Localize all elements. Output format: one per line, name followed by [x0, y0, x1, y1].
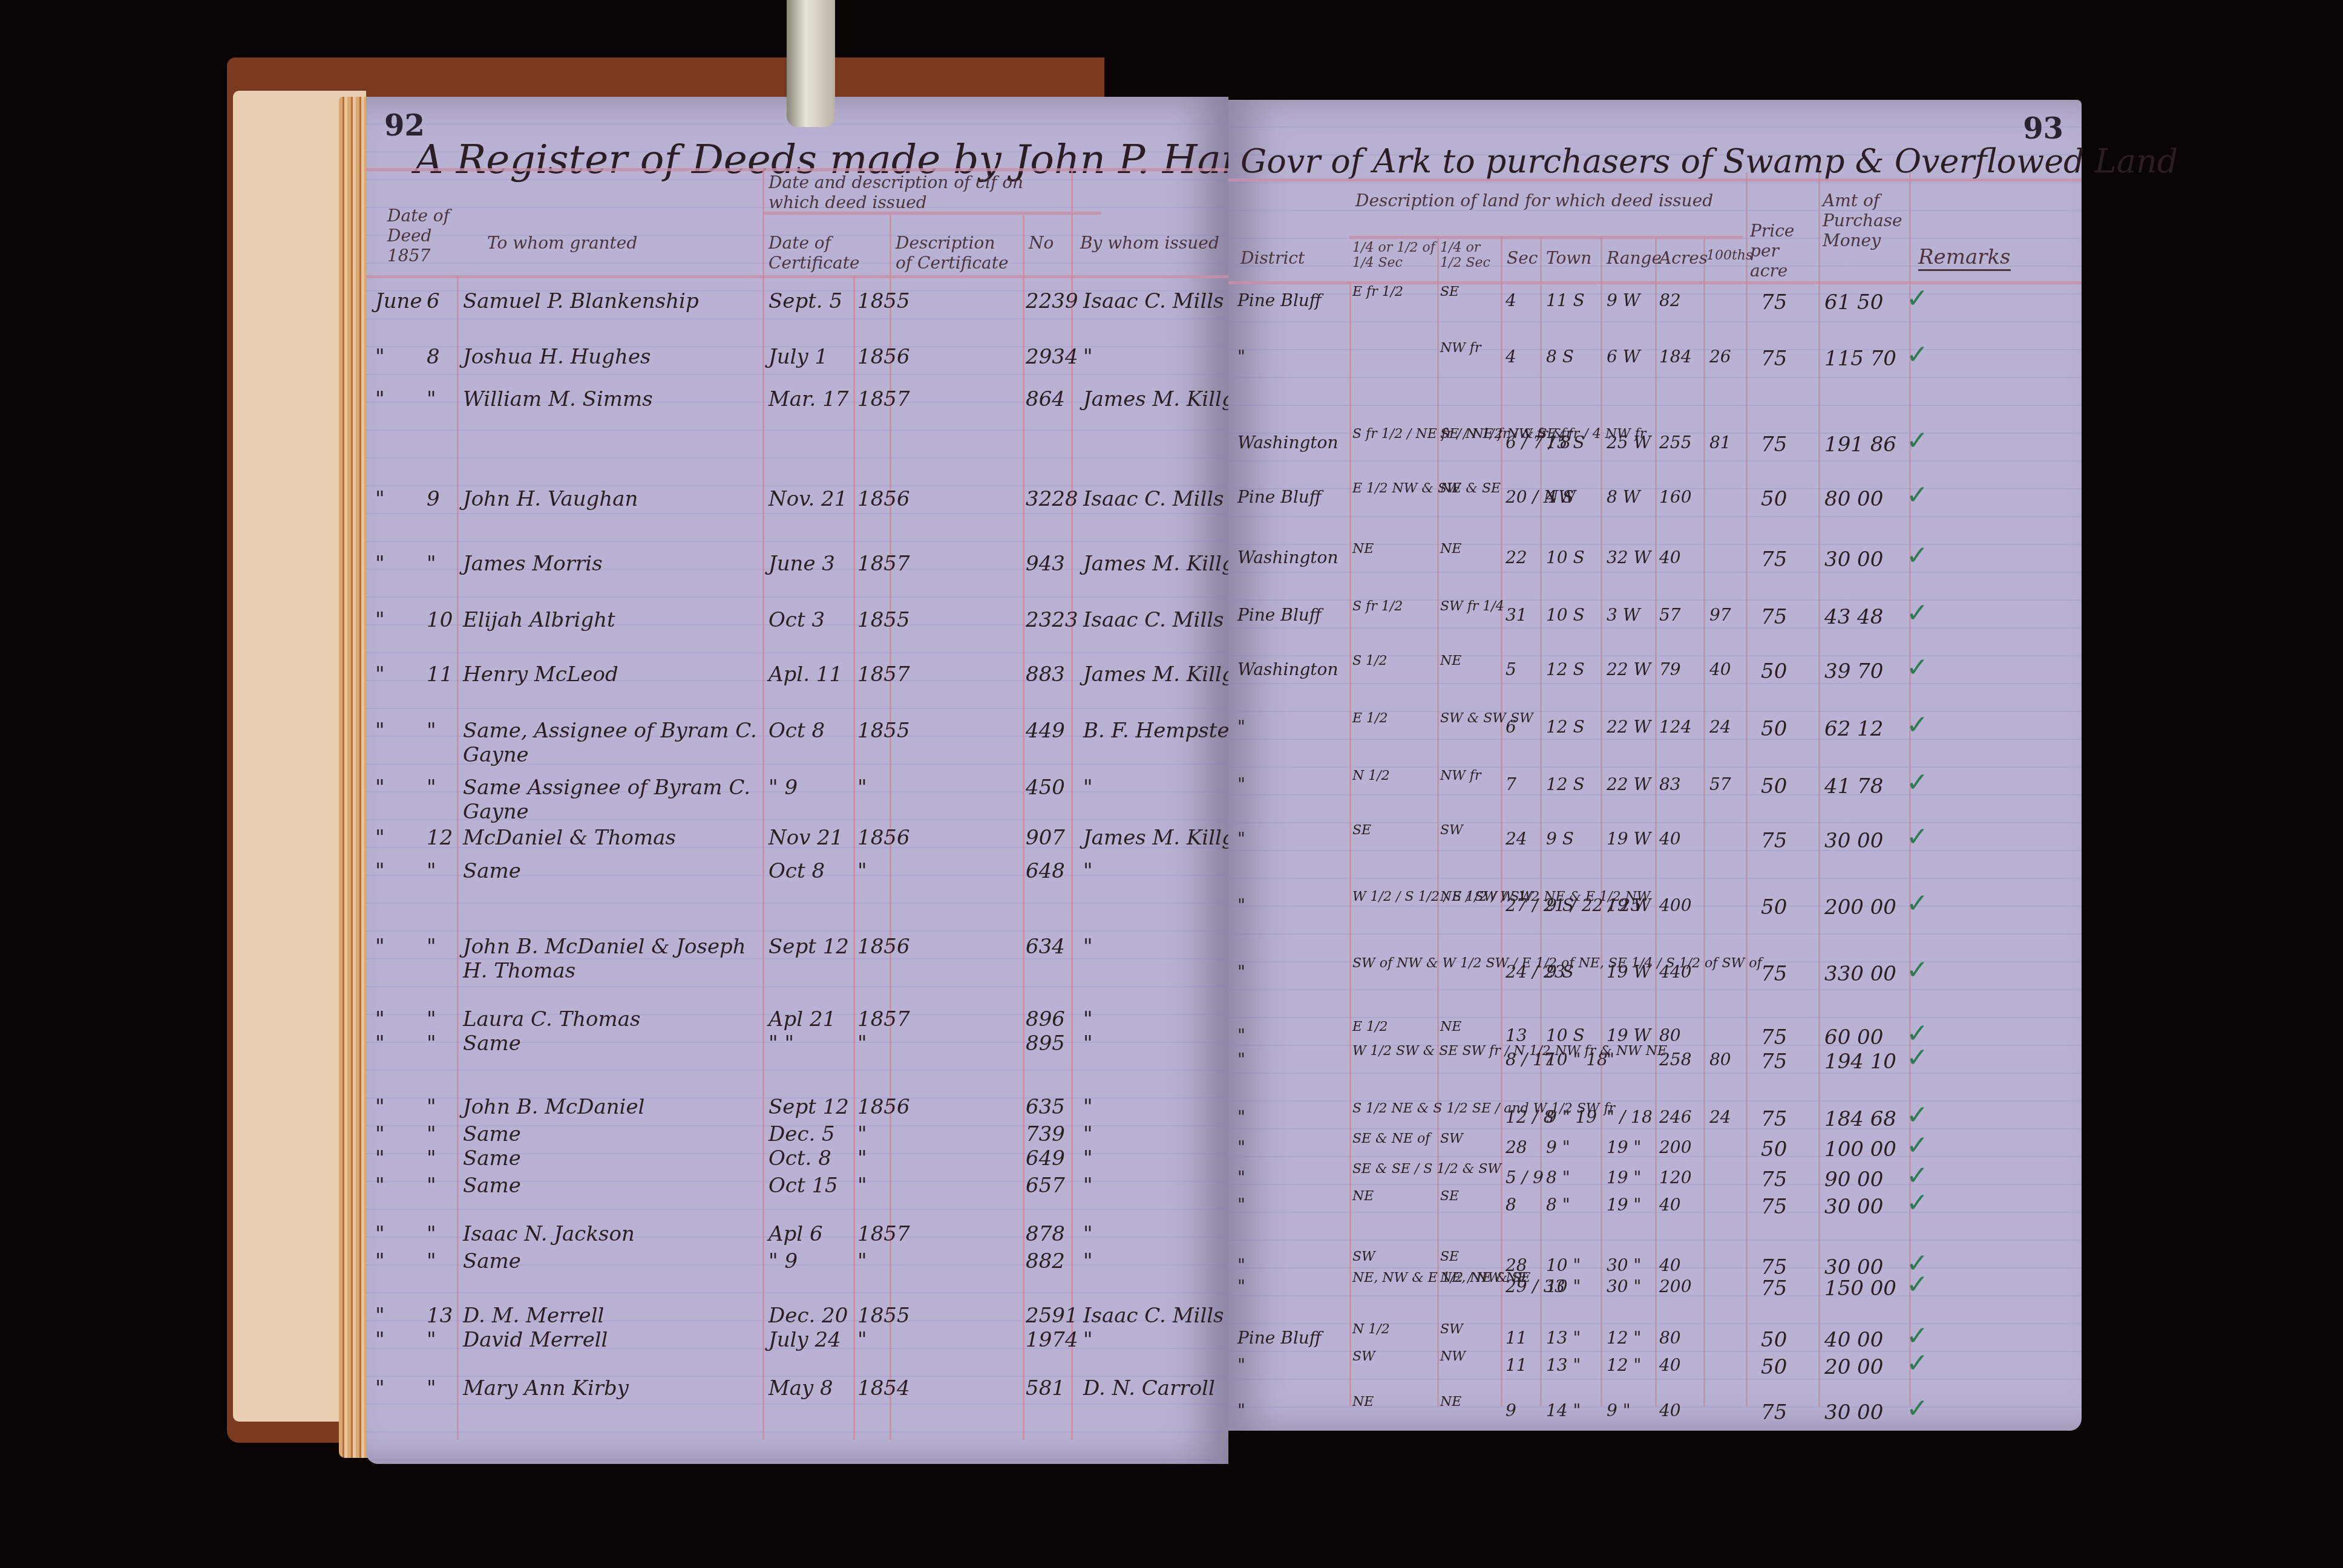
section: 4 [1506, 290, 1516, 310]
township: 10 " [1546, 1255, 1581, 1275]
certificate-date: Sept. 5 [768, 289, 842, 313]
township: 10 " [1546, 1276, 1581, 1296]
checkmark-icon: ✓ [1906, 822, 1928, 852]
land-quarter: NW fr [1440, 768, 1481, 784]
acres: 200 [1659, 1137, 1691, 1157]
land-part: E fr 1/2 [1352, 284, 1403, 300]
certificate-number: 634 [1026, 935, 1065, 959]
price-per-acre: 75 [1761, 829, 1787, 853]
price-per-acre: 75 [1761, 1195, 1787, 1219]
district: " [1237, 774, 1245, 794]
acres-hundredths: 24 [1709, 1107, 1731, 1127]
acres: 400 [1659, 895, 1691, 915]
certificate-year: 1857 [857, 387, 910, 411]
certificate-year: 1854 [857, 1376, 910, 1400]
district: Washington [1237, 433, 1339, 452]
certificate-date: July 1 [768, 345, 828, 369]
range: 22 W [1607, 774, 1651, 794]
land-quarter: NW [1440, 1349, 1466, 1365]
district: " [1237, 1107, 1245, 1127]
district: " [1237, 1025, 1245, 1045]
purchase-amount: 62 12 [1824, 717, 1883, 741]
township: 8 S [1546, 347, 1574, 367]
range: 22 W [1607, 659, 1651, 679]
deed-day: " [427, 1031, 436, 1056]
township: 14 " [1546, 1400, 1581, 1420]
range: 30 " [1607, 1276, 1641, 1296]
acres: 255 [1659, 433, 1691, 452]
range: 19 W [1607, 962, 1651, 982]
deed-day: " [427, 552, 436, 576]
section: 13 [1506, 1025, 1527, 1045]
checkmark-icon: ✓ [1906, 888, 1928, 919]
header-group: Description of land for which deed issue… [1355, 191, 1743, 211]
certificate-year: " [857, 1146, 867, 1171]
issuer-name: " [1083, 1222, 1093, 1246]
deed-month: " [375, 1095, 385, 1119]
deed-month: " [375, 1174, 385, 1198]
deed-month: " [375, 826, 385, 850]
district: " [1237, 717, 1245, 737]
price-per-acre: 75 [1761, 962, 1787, 986]
checkmark-icon: ✓ [1906, 1393, 1928, 1424]
metal-clip [787, 0, 835, 127]
col-divider [762, 169, 764, 1440]
township: 12 S [1546, 659, 1585, 679]
deed-month: " [375, 719, 385, 743]
range: 22 W [1607, 717, 1651, 737]
issuer-name: " [1083, 1095, 1093, 1119]
township: 15 S [1546, 433, 1585, 452]
deed-month: " [375, 935, 385, 959]
header-to-whom-granted: To whom granted [487, 233, 637, 253]
district: " [1237, 1276, 1245, 1296]
acres: 124 [1659, 717, 1691, 737]
certificate-date: Nov. 21 [768, 487, 847, 511]
certificate-year: 1855 [857, 289, 910, 313]
range: 25 W [1607, 433, 1651, 452]
certificate-year: " [857, 859, 867, 883]
purchase-amount: 41 78 [1824, 774, 1883, 799]
land-part: SW [1352, 1349, 1375, 1365]
issuer-name: " [1083, 1031, 1093, 1056]
range: 19 W [1607, 895, 1651, 915]
issuer-name: Isaac C. Mills [1083, 1304, 1224, 1328]
issuer-name: " [1083, 1328, 1093, 1352]
purchase-amount: 90 00 [1824, 1168, 1883, 1192]
acres-hundredths: 26 [1709, 347, 1731, 367]
price-per-acre: 75 [1761, 547, 1787, 572]
township: 4 S [1546, 487, 1574, 507]
acres-hundredths: 81 [1709, 433, 1731, 452]
certificate-date: Oct 8 [768, 719, 825, 743]
acres: 160 [1659, 487, 1691, 507]
grantee-name: John B. McDaniel & Joseph H. Thomas [463, 935, 759, 983]
price-per-acre: 75 [1761, 290, 1787, 315]
certificate-year: 1856 [857, 1095, 910, 1119]
certificate-date: " " [768, 1031, 794, 1056]
deed-day: " [427, 1249, 436, 1273]
issuer-name: " [1083, 1174, 1093, 1198]
certificate-date: " 9 [768, 776, 798, 800]
acres-hundredths: 80 [1709, 1050, 1731, 1070]
certificate-number: 649 [1026, 1146, 1065, 1171]
deed-month: " [375, 1031, 385, 1056]
checkmark-icon: ✓ [1906, 1269, 1928, 1300]
certificate-year: 1855 [857, 608, 910, 632]
purchase-amount: 194 10 [1824, 1050, 1896, 1074]
checkmark-icon: ✓ [1906, 1187, 1928, 1218]
header-sec: Sec [1507, 248, 1538, 268]
issuer-name: Isaac C. Mills [1083, 289, 1224, 313]
land-quarter: SE [1440, 1249, 1459, 1265]
township: 10 S [1546, 1025, 1585, 1045]
certificate-number: 2239 [1026, 289, 1078, 313]
land-quarter: NE [1440, 1394, 1461, 1410]
price-per-acre: 50 [1761, 895, 1787, 920]
grantee-name: D. M. Merrell [463, 1304, 759, 1328]
deed-month: " [375, 859, 385, 883]
section: 6 [1506, 717, 1516, 737]
district: " [1237, 829, 1245, 849]
district: Pine Bluff [1237, 290, 1322, 310]
certificate-number: 2591 [1026, 1304, 1078, 1328]
deed-day: 10 [427, 608, 453, 632]
right-page: 93 Govr of Ark to purchasers of Swamp & … [1228, 100, 2082, 1431]
certificate-date: June 3 [768, 552, 835, 576]
land-part: E 1/2 [1352, 1019, 1388, 1035]
deed-month: " [375, 608, 385, 632]
certificate-number: 3228 [1026, 487, 1078, 511]
range: " [1607, 1050, 1614, 1070]
acres: 184 [1659, 347, 1691, 367]
price-per-acre: 75 [1761, 1400, 1787, 1425]
title-rule [1228, 178, 2082, 181]
col-divider [1703, 236, 1705, 1406]
header-amount: Amt of Purchase Money [1823, 191, 1907, 250]
district: " [1237, 1255, 1245, 1275]
issuer-name: " [1083, 1007, 1093, 1031]
certificate-year: " [857, 1031, 867, 1056]
deed-day: " [427, 1376, 436, 1400]
township: 12 S [1546, 774, 1585, 794]
township: 13 " [1546, 1355, 1581, 1375]
header-quarter: 1/4 or 1/2 Sec [1440, 240, 1498, 270]
checkmark-icon: ✓ [1906, 1100, 1928, 1131]
section: 28 [1506, 1137, 1527, 1157]
certificate-date: Nov 21 [768, 826, 844, 850]
grantee-name: James Morris [463, 552, 759, 576]
col-divider [1601, 236, 1602, 1406]
acres: 79 [1659, 659, 1681, 679]
price-per-acre: 75 [1761, 1050, 1787, 1074]
checkmark-icon: ✓ [1906, 283, 1928, 314]
header-rule [366, 275, 1228, 278]
page-edges [339, 97, 369, 1458]
price-per-acre: 50 [1761, 659, 1787, 684]
deed-month: " [375, 1304, 385, 1328]
deed-month: " [375, 1222, 385, 1246]
certificate-number: 943 [1026, 552, 1065, 576]
land-quarter: SW [1440, 1322, 1463, 1338]
col-divider [1655, 236, 1657, 1406]
range: 8 W [1607, 487, 1640, 507]
deed-day: 12 [427, 826, 453, 850]
district: " [1237, 1168, 1245, 1187]
price-per-acre: 75 [1761, 1168, 1787, 1192]
grantee-name: Same Assignee of Byram C. Gayne [463, 776, 759, 824]
header-part: 1/4 or 1/2 of 1/4 Sec [1352, 240, 1437, 270]
deed-day: 11 [427, 662, 453, 687]
section: 9 [1506, 1400, 1516, 1420]
issuer-name: " [1083, 1122, 1093, 1146]
range: 19 " [1607, 1195, 1641, 1215]
checkmark-icon: ✓ [1906, 598, 1928, 629]
deed-month: " [375, 1376, 385, 1400]
grantee-name: William M. Simms [463, 387, 759, 411]
section: 7 [1506, 774, 1516, 794]
township: 9 S [1546, 962, 1574, 982]
certificate-year: " [857, 1122, 867, 1146]
range: " / 18 [1607, 1107, 1653, 1127]
checkmark-icon: ✓ [1906, 1160, 1928, 1191]
acres: 80 [1659, 1328, 1681, 1348]
certificate-number: 657 [1026, 1174, 1065, 1198]
purchase-amount: 100 00 [1824, 1137, 1896, 1161]
certificate-year: 1855 [857, 1304, 910, 1328]
township: 11 S [1546, 290, 1585, 310]
purchase-amount: 191 86 [1824, 433, 1896, 457]
checkmark-icon: ✓ [1906, 1130, 1928, 1161]
township: 8 " [1546, 1168, 1570, 1187]
header-town: Town [1546, 248, 1591, 268]
certificate-date: " 9 [768, 1249, 798, 1273]
land-quarter: NE [1440, 653, 1461, 669]
grantee-name: David Merrell [463, 1328, 759, 1352]
certificate-date: Dec. 5 [768, 1122, 835, 1146]
range: 9 W [1607, 290, 1640, 310]
acres: 440 [1659, 962, 1691, 982]
col-divider [1746, 172, 1748, 1406]
certificate-date: Sept 12 [768, 935, 849, 959]
grantee-name: Mary Ann Kirby [463, 1376, 759, 1400]
district: Pine Bluff [1237, 1328, 1322, 1348]
acres: 200 [1659, 1276, 1691, 1296]
acres: 258 [1659, 1050, 1691, 1070]
issuer-name: D. N. Carroll [1083, 1376, 1215, 1400]
land-part: NE [1352, 541, 1374, 557]
land-part: NE [1352, 1394, 1374, 1410]
page-number: 93 [2023, 112, 2063, 146]
header-remarks: Remarks [1918, 245, 2011, 271]
purchase-amount: 30 00 [1824, 1400, 1883, 1425]
deed-month: " [375, 1328, 385, 1352]
price-per-acre: 75 [1761, 1025, 1787, 1050]
district: " [1237, 1050, 1245, 1070]
section: 11 [1506, 1355, 1527, 1375]
certificate-date: Oct 3 [768, 608, 825, 632]
district: " [1237, 347, 1245, 367]
deed-day: " [427, 935, 436, 959]
checkmark-icon: ✓ [1906, 425, 1928, 456]
col-divider [1437, 236, 1439, 1406]
range: 12 " [1607, 1355, 1641, 1375]
header-no: No [1029, 233, 1054, 253]
price-per-acre: 75 [1761, 347, 1787, 371]
title-rule [366, 168, 1228, 171]
issuer-name: Isaac C. Mills [1083, 608, 1224, 632]
issuer-name: Isaac C. Mills [1083, 487, 1224, 511]
township: 8 " [1546, 1195, 1570, 1215]
checkmark-icon: ✓ [1906, 540, 1928, 571]
district: " [1237, 1137, 1245, 1157]
section: 11 [1506, 1328, 1527, 1348]
section: 5 [1506, 659, 1516, 679]
section: 31 [1506, 605, 1527, 625]
certificate-year: 1857 [857, 1007, 910, 1031]
purchase-amount: 330 00 [1824, 962, 1896, 986]
grantee-name: Same [463, 1174, 759, 1198]
section: 22 [1506, 547, 1527, 567]
deed-day: " [427, 859, 436, 883]
purchase-amount: 150 00 [1824, 1276, 1896, 1301]
certificate-number: 449 [1026, 719, 1065, 743]
checkmark-icon: ✓ [1906, 955, 1928, 985]
header-date-of-deed: Date of Deed 1857 [387, 206, 454, 266]
range: 19 " [1607, 1137, 1641, 1157]
acres: 40 [1659, 1255, 1681, 1275]
certificate-number: 739 [1026, 1122, 1065, 1146]
certificate-date: May 8 [768, 1376, 833, 1400]
district: " [1237, 1195, 1245, 1215]
certificate-year: 1856 [857, 826, 910, 850]
land-quarter: NW fr [1440, 341, 1481, 356]
deed-day: 6 [427, 289, 440, 313]
page-title: Govr of Ark to purchasers of Swamp & Ove… [1240, 142, 2178, 180]
land-quarter: SW fr 1/4 [1440, 599, 1504, 615]
grantee-name: Same [463, 859, 759, 883]
acres-hundredths: 97 [1709, 605, 1731, 625]
grantee-name: Same [463, 1031, 759, 1056]
township: 12 S [1546, 717, 1585, 737]
checkmark-icon: ✓ [1906, 1042, 1928, 1073]
col-divider [853, 275, 855, 1440]
range: 3 W [1607, 605, 1640, 625]
certificate-date: Apl 21 [768, 1007, 836, 1031]
certificate-date: Apl 6 [768, 1222, 823, 1246]
deed-month: " [375, 552, 385, 576]
grantee-name: Samuel P. Blankenship [463, 289, 759, 313]
col-divider [1501, 236, 1502, 1406]
acres-hundredths: 40 [1709, 659, 1731, 679]
header-hundredths: 100ths [1706, 248, 1752, 263]
acres: 83 [1659, 774, 1681, 794]
certificate-number: 883 [1026, 662, 1065, 687]
certificate-year: " [857, 776, 867, 800]
checkmark-icon: ✓ [1906, 480, 1928, 511]
land-quarter: SW [1440, 823, 1463, 838]
land-part: N 1/2 [1352, 1322, 1390, 1338]
certificate-year: " [857, 1249, 867, 1273]
price-per-acre: 50 [1761, 1355, 1787, 1379]
land-part: SE & SE / S 1/2 & SW [1352, 1161, 1501, 1177]
deed-month: " [375, 487, 385, 511]
deed-month: June [375, 289, 422, 313]
certificate-year: 1856 [857, 345, 910, 369]
land-part: SE [1352, 823, 1371, 838]
land-quarter: SE [1440, 284, 1459, 300]
price-per-acre: 50 [1761, 774, 1787, 799]
col-divider [1023, 215, 1024, 1440]
township: 13 " [1546, 1328, 1581, 1348]
deed-day: 8 [427, 345, 440, 369]
issuer-name: " [1083, 935, 1093, 959]
checkmark-icon: ✓ [1906, 652, 1928, 683]
header-range: Range [1607, 248, 1662, 268]
purchase-amount: 200 00 [1824, 895, 1896, 920]
issuer-name: " [1083, 859, 1093, 883]
range: 6 W [1607, 347, 1640, 367]
purchase-amount: 30 00 [1824, 1195, 1883, 1219]
deed-month: " [375, 776, 385, 800]
range: 9 " [1607, 1400, 1631, 1420]
land-part: SW [1352, 1249, 1375, 1265]
grantee-name: Same [463, 1249, 759, 1273]
certificate-number: 1974 [1026, 1328, 1078, 1352]
deed-day: " [427, 776, 436, 800]
purchase-amount: 20 00 [1824, 1355, 1883, 1379]
deed-day: 13 [427, 1304, 453, 1328]
land-quarter: SW [1440, 1131, 1463, 1147]
certificate-number: 896 [1026, 1007, 1065, 1031]
township: 10 S [1546, 605, 1585, 625]
deed-month: " [375, 662, 385, 687]
grantee-name: Same [463, 1122, 759, 1146]
certificate-date: Mar. 17 [768, 387, 848, 411]
price-per-acre: 75 [1761, 1276, 1787, 1301]
deed-day: " [427, 1007, 436, 1031]
grantee-name: John B. McDaniel [463, 1095, 759, 1119]
header-description-of-certificate: Description of Certificate [896, 233, 1017, 273]
purchase-amount: 60 00 [1824, 1025, 1883, 1050]
certificate-number: 864 [1026, 387, 1065, 411]
section: 5 / 9 [1506, 1168, 1544, 1187]
acres: 40 [1659, 1195, 1681, 1215]
price-per-acre: 50 [1761, 487, 1787, 511]
header-date-of-certificate: Date of Certificate [768, 233, 850, 273]
range: 32 W [1607, 547, 1651, 567]
certificate-date: Oct 15 [768, 1174, 838, 1198]
header-price-per-acre: Price per acre [1750, 221, 1817, 281]
township: 9 S [1546, 895, 1574, 915]
issuer-name: " [1083, 345, 1093, 369]
checkmark-icon: ✓ [1906, 339, 1928, 370]
deed-day: " [427, 1328, 436, 1352]
section: 8 [1506, 1195, 1516, 1215]
district: Washington [1237, 547, 1339, 567]
township: 9 S [1546, 829, 1574, 849]
deed-day: " [427, 1222, 436, 1246]
issuer-name: " [1083, 1146, 1093, 1171]
col-divider [457, 275, 459, 1440]
price-per-acre: 75 [1761, 433, 1787, 457]
certificate-year: 1857 [857, 552, 910, 576]
certificate-number: 878 [1026, 1222, 1065, 1246]
deed-day: " [427, 1095, 436, 1119]
checkmark-icon: ✓ [1906, 710, 1928, 740]
range: 12 " [1607, 1328, 1641, 1348]
left-page: 92 A Register of Deeds made by John P. H… [366, 97, 1228, 1464]
